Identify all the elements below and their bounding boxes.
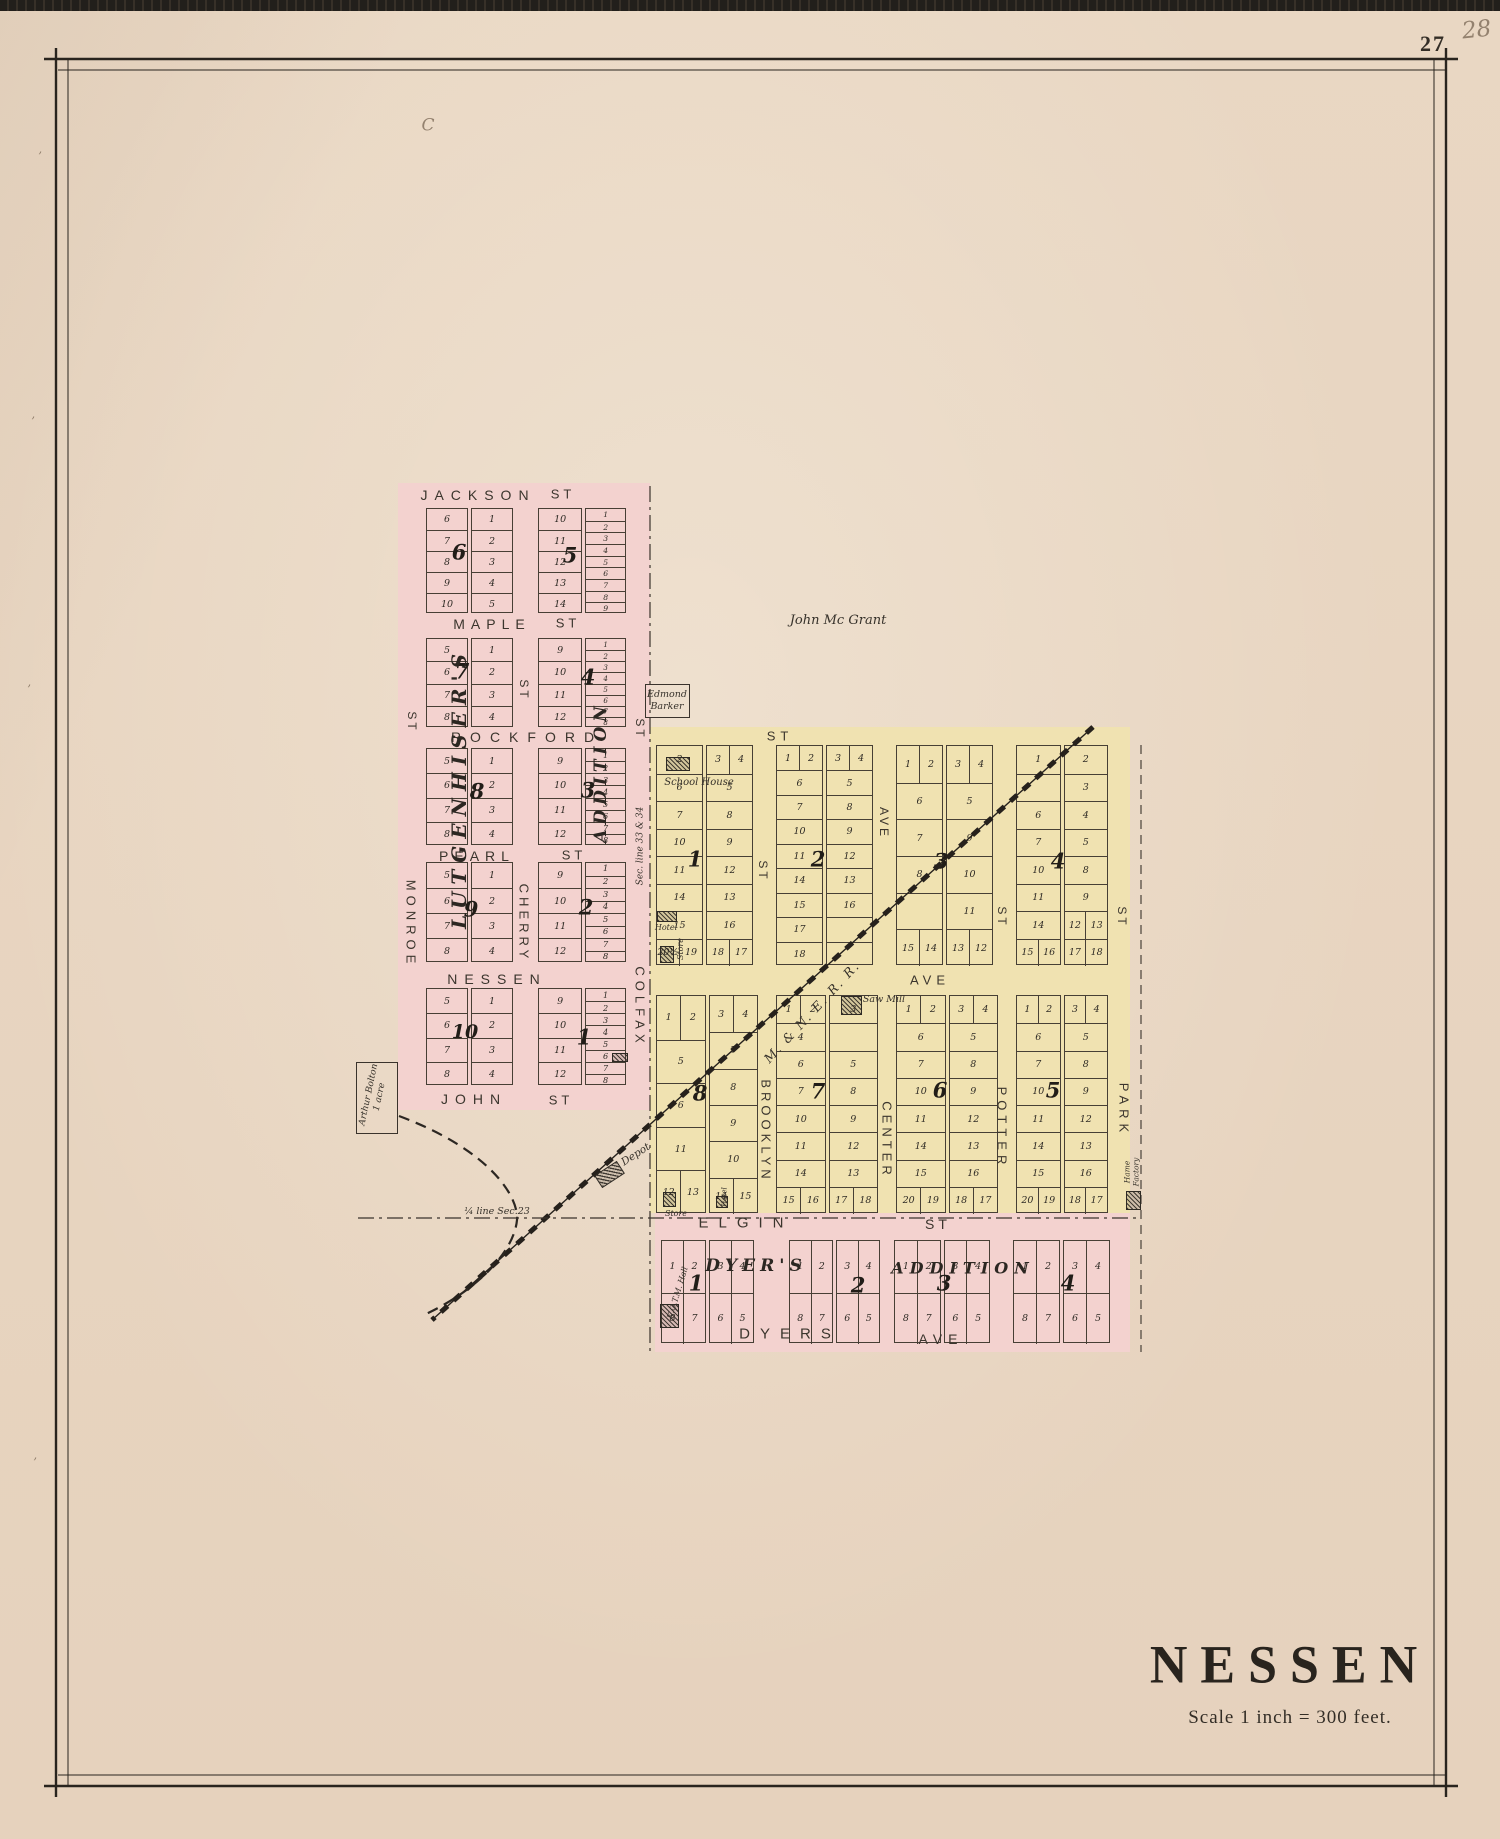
block-number: 7 xyxy=(811,1078,826,1103)
lot-cell: 8 xyxy=(710,1070,758,1105)
lot-cell: 12 xyxy=(950,1106,998,1132)
lot-row: 5 xyxy=(586,556,625,568)
map-annotation: Edmond Barker xyxy=(647,689,687,713)
lot-row: 4 xyxy=(472,572,512,593)
lot-row: 12 xyxy=(777,746,822,770)
street-label: CENTER xyxy=(880,1101,895,1178)
lot-cell: 7 xyxy=(657,802,702,829)
lot-row: 34 xyxy=(710,996,758,1032)
lot-cell: 4 xyxy=(586,545,625,556)
lot-cell: 2 xyxy=(472,531,512,551)
street-label: ST xyxy=(767,729,794,744)
lot-row: 5 xyxy=(950,1023,998,1050)
lot-cell: 2 xyxy=(811,1241,833,1293)
depot-icon xyxy=(594,1161,625,1188)
lot-cell: 18 xyxy=(707,940,729,967)
lot-row: 3 xyxy=(586,532,625,544)
lot-cell: 2 xyxy=(1038,996,1060,1023)
lot-row: 9 xyxy=(539,639,581,661)
lot-row: 4 xyxy=(586,544,625,556)
block-number: 10 xyxy=(452,1021,478,1043)
lot-row: 12 xyxy=(1017,996,1060,1023)
street-label: ROCKFORD xyxy=(451,729,603,745)
lot-row: 12 xyxy=(539,938,581,963)
lot-row: 8 xyxy=(710,1069,758,1105)
lot-row: 14 xyxy=(777,868,822,892)
lot-cell: 17 xyxy=(729,940,752,967)
lot-cell: 1 xyxy=(1017,746,1060,774)
lot-row: 6 xyxy=(1017,1023,1060,1050)
lot-row: 1213 xyxy=(1065,911,1108,939)
lot-cell: 8 xyxy=(586,952,625,964)
lot-row: 10 xyxy=(777,819,822,843)
lot-cell: 8 xyxy=(827,796,872,819)
lot-row: 1312 xyxy=(947,929,992,966)
lot-cell: 10 xyxy=(777,1106,825,1132)
lot-row: 1 xyxy=(586,639,625,650)
block-number: 6 xyxy=(452,539,467,564)
lot-row: 14 xyxy=(657,884,702,912)
lot-cell: 12 xyxy=(539,1063,581,1086)
lot-cell: 2 xyxy=(920,996,944,1023)
lot-cell: 3 xyxy=(586,1014,625,1025)
block-column: 1287 xyxy=(1013,1240,1060,1343)
lot-cell: 2 xyxy=(799,746,822,770)
lot-cell: 4 xyxy=(586,1026,625,1037)
lot-row: 11 xyxy=(539,1038,581,1062)
street-label: JOHN xyxy=(441,1091,507,1107)
lot-row: 9 xyxy=(427,572,467,593)
lot-cell: 3 xyxy=(1065,996,1086,1023)
lot-row: 4 xyxy=(472,938,512,963)
lot-cell: 18 xyxy=(950,1188,973,1214)
lot-row: 9 xyxy=(827,819,872,843)
lot-cell: 6 xyxy=(1064,1294,1086,1345)
lot-cell: 8 xyxy=(895,1294,917,1345)
lot-row: 3 xyxy=(472,551,512,572)
lot-cell: 4 xyxy=(969,746,992,783)
lot-cell: 8 xyxy=(586,592,625,603)
lot-cell: 5 xyxy=(827,771,872,794)
lot-cell: 3 xyxy=(947,746,969,783)
lot-cell: 18 xyxy=(853,1188,877,1214)
lot-cell: 15 xyxy=(777,894,822,917)
plat-block: 678910123456 xyxy=(425,508,515,613)
lot-row: 9 xyxy=(539,863,581,888)
street-label: NESSEN xyxy=(447,971,547,987)
lot-row: 34 xyxy=(707,746,752,774)
lot-cell: 10 xyxy=(539,889,581,913)
lot-cell: 2 xyxy=(586,877,625,889)
lot-row: 34 xyxy=(1065,996,1108,1023)
lot-cell: 9 xyxy=(539,989,581,1013)
street-label: COLFAX xyxy=(633,966,648,1047)
block-number: 2 xyxy=(579,894,594,919)
lot-cell: 3 xyxy=(827,746,849,770)
lot-row: 11 xyxy=(1017,884,1060,912)
lot-cell xyxy=(827,918,872,941)
block-column: 9101112 xyxy=(538,638,582,727)
lot-row: 8 xyxy=(586,591,625,603)
lot-cell: 8 xyxy=(1065,857,1108,884)
lot-cell: 12 xyxy=(539,823,581,846)
lot-row: 8 xyxy=(586,951,625,964)
map-annotation: Hotel xyxy=(655,923,677,933)
lot-cell: 8 xyxy=(427,939,467,963)
block-column: 12345 xyxy=(471,508,513,613)
block-column: 9101112 xyxy=(538,988,582,1085)
lot-cell: 8 xyxy=(427,1063,467,1086)
lot-row: 1 xyxy=(472,989,512,1013)
street-label: ST xyxy=(556,616,581,631)
street-label: PARK xyxy=(1117,1083,1132,1137)
lot-row: 87 xyxy=(1014,1293,1059,1345)
street-label: ST xyxy=(1115,906,1129,927)
page-number: 27 xyxy=(1420,31,1446,57)
lot-row: 11 xyxy=(947,893,992,930)
lot-row: 6 xyxy=(427,509,467,530)
lot-row: 5 xyxy=(827,770,872,794)
lot-row: 16 xyxy=(827,893,872,917)
lot-cell: 4 xyxy=(1065,802,1108,829)
lot-cell: 5 xyxy=(586,1039,625,1050)
lot-row: 16 xyxy=(950,1160,998,1187)
lot-cell: 7 xyxy=(683,1294,705,1345)
lot-cell: 3 xyxy=(710,996,733,1032)
lot-row: 12 xyxy=(830,1132,878,1159)
lot-cell: 14 xyxy=(1017,912,1060,939)
lot-row: 1 xyxy=(472,509,512,530)
book-edge-band xyxy=(0,0,1500,11)
lot-cell: 14 xyxy=(539,594,581,614)
lot-row: 2 xyxy=(1065,746,1108,774)
plat-block: 1256111213347891014158 xyxy=(655,995,760,1213)
lot-row: 7 xyxy=(586,938,625,951)
plat-block: 12671011141520193458912131618175 xyxy=(1015,995,1110,1213)
lot-row: 1817 xyxy=(1065,1187,1108,1214)
lot-cell: 11 xyxy=(539,685,581,706)
lot-cell: 10 xyxy=(427,594,467,614)
lot-row: 2 xyxy=(586,1001,625,1013)
lot-row: 9 xyxy=(539,749,581,773)
lot-cell: 18 xyxy=(1085,940,1107,967)
atlas-page: 27 28 NESSEN Scale 1 inch = 300 feet. 67… xyxy=(0,0,1500,1839)
addition-name-label: ADDITION xyxy=(591,701,611,843)
lot-row: 1718 xyxy=(830,1187,878,1214)
plat-block: 1267101114151718345891213162 xyxy=(775,745,875,965)
lot-cell: 13 xyxy=(830,1161,878,1187)
lot-cell: 5 xyxy=(657,1041,705,1084)
lot-cell: 7 xyxy=(777,796,822,819)
lot-cell: 9 xyxy=(710,1106,758,1141)
street-label: ST xyxy=(633,718,647,739)
lot-cell: 5 xyxy=(966,1294,989,1345)
lot-row: 6 xyxy=(897,1023,945,1050)
lot-row: 2019 xyxy=(1017,1187,1060,1214)
lot-cell: 6 xyxy=(710,1294,731,1345)
lot-row: 1 xyxy=(472,639,512,661)
lot-cell: 9 xyxy=(539,863,581,888)
lot-row: 12 xyxy=(539,706,581,728)
lot-cell: 7 xyxy=(710,1033,758,1068)
lot-cell: 3 xyxy=(472,685,512,706)
lot-cell: 5 xyxy=(472,594,512,614)
lot-row: 65 xyxy=(837,1293,879,1345)
lot-cell: 17 xyxy=(1065,940,1086,967)
block-number: 1 xyxy=(688,846,703,871)
lot-row: 4 xyxy=(472,706,512,728)
lot-cell: 15 xyxy=(897,930,919,966)
lot-cell: 19 xyxy=(1038,1188,1060,1214)
lot-row: 8 xyxy=(1065,1051,1108,1078)
street-label: POTTER xyxy=(995,1087,1010,1170)
lot-cell: 11 xyxy=(1017,885,1060,912)
street-label: ST xyxy=(995,906,1009,927)
map-title: NESSEN xyxy=(1120,1635,1460,1696)
lot-row: 8 xyxy=(827,795,872,819)
lot-cell: 9 xyxy=(586,603,625,614)
lot-cell: 5 xyxy=(950,1024,998,1050)
block-number: 4 xyxy=(1051,848,1066,873)
map-annotation: Store xyxy=(676,938,686,960)
lot-cell: 6 xyxy=(427,509,467,530)
lot-row: 4 xyxy=(1065,801,1108,829)
lot-cell: 9 xyxy=(1065,885,1108,912)
block-number: 2 xyxy=(811,846,826,871)
lot-cell: 3 xyxy=(950,996,973,1023)
lot-row: 12 xyxy=(707,856,752,884)
lot-cell: 10 xyxy=(947,857,992,893)
street-label: AVE xyxy=(877,807,891,839)
lot-row: 8 xyxy=(707,801,752,829)
lot-row: 10 xyxy=(539,1013,581,1037)
lot-row: 11 xyxy=(777,1132,825,1159)
lot-cell xyxy=(897,894,942,930)
lot-cell: 12 xyxy=(707,857,752,884)
lot-cell: 6 xyxy=(897,784,942,820)
lot-row: 9 xyxy=(947,819,992,856)
lot-cell xyxy=(830,1024,878,1050)
lot-row: 15 xyxy=(897,1160,945,1187)
lot-cell: 13 xyxy=(947,930,969,966)
plat-block: 5678123410 xyxy=(425,988,515,1085)
street-label: ST xyxy=(925,1216,951,1232)
lot-cell: 9 xyxy=(827,820,872,843)
lot-row: 14 xyxy=(1017,1132,1060,1159)
lot-cell: 11 xyxy=(657,1128,705,1171)
lot-row: 2 xyxy=(472,530,512,551)
lot-row: 11 xyxy=(539,684,581,706)
lot-row: 12 xyxy=(539,822,581,846)
lot-cell: 2 xyxy=(586,651,625,661)
lot-cell: 16 xyxy=(1065,1161,1108,1187)
lot-cell: 10 xyxy=(710,1142,758,1177)
street-label: ST xyxy=(756,860,770,881)
lot-cell: 6 xyxy=(777,771,822,794)
lot-row: 9 xyxy=(539,989,581,1013)
lot-row: 1 xyxy=(586,989,625,1001)
plat-block: 1267815143459101113123 xyxy=(895,745,995,965)
lot-row: 1718 xyxy=(1065,939,1108,967)
lot-cell: 4 xyxy=(1085,996,1107,1023)
lot-row: 9 xyxy=(1065,884,1108,912)
lot-row: 9 xyxy=(1065,1078,1108,1105)
lot-row: 11 xyxy=(1017,1105,1060,1132)
lot-row: 3 xyxy=(1065,774,1108,802)
lot-row: 2019 xyxy=(897,1187,945,1214)
block-column: 345891213161817 xyxy=(1064,995,1109,1213)
lot-row: 12 xyxy=(1065,1105,1108,1132)
lot-cell: 20 xyxy=(1017,1188,1038,1214)
lot-cell: 16 xyxy=(800,1188,824,1214)
block-number: 6 xyxy=(933,1077,948,1102)
lot-cell: 4 xyxy=(1086,1241,1109,1293)
lot-row xyxy=(827,917,872,941)
lot-cell: 14 xyxy=(919,930,942,966)
lot-cell: 1 xyxy=(777,746,799,770)
lot-cell: 6 xyxy=(897,1024,945,1050)
lot-row: 7 xyxy=(1017,1051,1060,1078)
lot-row: 14 xyxy=(777,1160,825,1187)
street-label: CHERRY xyxy=(517,884,532,963)
school-house-icon xyxy=(666,757,690,771)
lot-row: 2 xyxy=(472,661,512,683)
block-number: 8 xyxy=(693,1080,708,1105)
lot-row: 8 xyxy=(950,1051,998,1078)
pencil-mark: C xyxy=(421,115,434,136)
lot-cell: 18 xyxy=(1065,1188,1086,1214)
lot-row: 1 xyxy=(472,863,512,888)
saw-mill-icon xyxy=(841,996,862,1015)
lot-cell: 9 xyxy=(539,639,581,661)
map-annotation: ¼ line Sec.23 xyxy=(464,1206,530,1218)
lot-cell: 11 xyxy=(777,1133,825,1159)
lot-row: 11 xyxy=(897,1105,945,1132)
lot-cell: 16 xyxy=(827,894,872,917)
lot-cell: 12 xyxy=(1065,912,1086,939)
lot-row: 8 xyxy=(427,1062,467,1086)
lot-row: 1 xyxy=(1017,746,1060,774)
map-scale-note: Scale 1 inch = 300 feet. xyxy=(1120,1707,1460,1729)
lot-row: 13 xyxy=(539,572,581,593)
lot-cell: 5 xyxy=(858,1294,880,1345)
lot-row: 13 xyxy=(827,868,872,892)
lot-cell: 13 xyxy=(827,869,872,892)
street-label: ST xyxy=(549,1093,574,1108)
lot-cell: 9 xyxy=(830,1106,878,1132)
lot-cell: 18 xyxy=(777,943,822,966)
lot-cell: 16 xyxy=(707,912,752,939)
lot-cell: 10 xyxy=(539,774,581,797)
block-column: 1234 xyxy=(471,638,513,727)
lot-cell: 14 xyxy=(897,1133,945,1159)
addition-name-label: DYER'S xyxy=(705,1256,806,1276)
map-annotation: Hotel xyxy=(721,1187,730,1207)
lot-cell: 2 xyxy=(586,522,625,533)
lot-row: 8 xyxy=(830,1078,878,1105)
lot-row: 1516 xyxy=(1017,939,1060,967)
lot-row: 7 xyxy=(897,1051,945,1078)
lot-cell: 13 xyxy=(1085,912,1107,939)
lot-cell: 1 xyxy=(472,989,512,1013)
lot-cell: 9 xyxy=(539,749,581,773)
lot-row: 14 xyxy=(539,593,581,614)
lot-row: 1514 xyxy=(897,929,942,966)
lot-cell: 10 xyxy=(539,662,581,683)
lot-row: 13 xyxy=(830,1160,878,1187)
lot-row: 5 xyxy=(472,593,512,614)
lot-row: 9 xyxy=(586,602,625,614)
lot-row: 7 xyxy=(586,1062,625,1074)
lot-cell: 13 xyxy=(707,885,752,912)
block-column: 9101112 xyxy=(538,748,582,845)
store-icon xyxy=(663,1192,676,1207)
block-number: 8 xyxy=(470,778,485,803)
lot-row: 11 xyxy=(539,798,581,822)
map-annotation: School House xyxy=(664,777,734,790)
block-column: 1267101114152019 xyxy=(896,995,946,1213)
lot-cell: 11 xyxy=(947,894,992,930)
lot-cell: 5 xyxy=(1065,1024,1108,1050)
lot-row: 1 xyxy=(586,509,625,521)
lot-cell: 11 xyxy=(539,799,581,822)
lot-row: 10 xyxy=(777,1105,825,1132)
lot-cell: 5 xyxy=(1086,1294,1109,1345)
lot-row: 65 xyxy=(1064,1293,1109,1345)
lot-cell: 8 xyxy=(1065,1052,1108,1078)
lot-row: 5 xyxy=(1065,1023,1108,1050)
lot-row: 10 xyxy=(427,593,467,614)
lot-row: 5 xyxy=(1065,829,1108,857)
plat-block: 128734653 xyxy=(893,1240,992,1343)
lot-row: 9 xyxy=(830,1105,878,1132)
street-label: AVE xyxy=(910,973,950,988)
lot-cell: 4 xyxy=(472,707,512,728)
lot-row: 10 xyxy=(539,509,581,530)
lot-cell: 2 xyxy=(1065,746,1108,774)
map-annotation: Sec. line 33 & 34 xyxy=(635,807,646,886)
lot-cell: 16 xyxy=(950,1161,998,1187)
store-icon xyxy=(660,946,674,963)
lot-cell: 17 xyxy=(1085,1188,1107,1214)
lot-row: 34 xyxy=(827,746,872,770)
lot-cell: 6 xyxy=(1017,802,1060,829)
plat-block: 9101112123456781 xyxy=(537,988,628,1085)
lot-cell: 9 xyxy=(707,830,752,857)
lot-cell: 15 xyxy=(897,1161,945,1187)
lot-cell: 12 xyxy=(969,930,992,966)
lot-row: 10 xyxy=(539,888,581,913)
lot-cell: 3 xyxy=(472,552,512,572)
lot-cell: 15 xyxy=(1017,1161,1060,1187)
pencil-mark: ’ xyxy=(31,415,35,430)
lot-row: 15 xyxy=(777,893,822,917)
lot-row: 7 xyxy=(657,801,702,829)
lot-cell: 7 xyxy=(586,580,625,591)
lot-row: 6 xyxy=(897,783,942,820)
block-column: 9101112 xyxy=(538,862,582,962)
lot-row: 3 xyxy=(472,684,512,706)
plat-block: 12671011141520193458912131618176 xyxy=(895,995,1000,1213)
hame-factory-icon xyxy=(1126,1191,1141,1210)
block-number: 3 xyxy=(934,848,949,873)
lot-cell: 11 xyxy=(539,914,581,938)
lot-cell xyxy=(1017,775,1060,802)
lot-cell: 15 xyxy=(1017,940,1038,967)
lot-cell: 15 xyxy=(777,1188,800,1214)
lot-cell: 19 xyxy=(920,1188,944,1214)
addition-name-label: ADDITION xyxy=(891,1259,1035,1278)
